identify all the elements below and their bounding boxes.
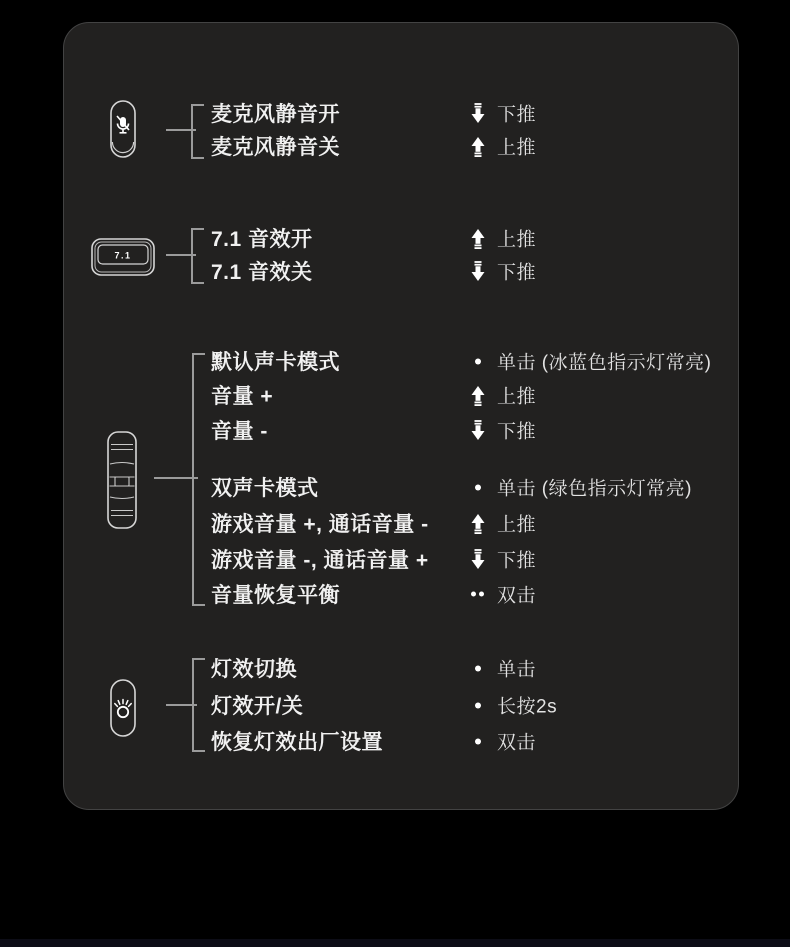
instruction-row: 7.1 音效关 下推 — [64, 256, 738, 286]
push-up-arrow-icon — [469, 512, 486, 534]
action: 上推 — [469, 382, 536, 409]
function-label: 音量 - — [211, 415, 268, 445]
action: 单击 (冰蓝色指示灯常亮) — [469, 348, 711, 375]
single-click-dot-icon — [469, 665, 486, 671]
action-text: 上推 — [497, 382, 536, 409]
instruction-row: 默认声卡模式 单击 (冰蓝色指示灯常亮) — [64, 346, 738, 376]
action-text: 单击 — [497, 655, 536, 682]
single-click-dot-icon — [469, 738, 486, 744]
double-click-dots-icon — [469, 592, 486, 597]
bottom-strip — [0, 939, 790, 947]
instruction-row: 灯效开/关 长按2s — [64, 690, 738, 720]
action: 下推 — [469, 258, 536, 285]
function-label: 游戏音量 +, 通话音量 - — [211, 508, 429, 538]
action-text: 双击 — [497, 581, 536, 608]
single-click-dot-icon — [469, 484, 486, 490]
action: 单击 (绿色指示灯常亮) — [469, 474, 692, 501]
action: 下推 — [469, 100, 536, 127]
instruction-row: 音量 + 上推 — [64, 380, 738, 410]
push-up-arrow-icon — [469, 135, 486, 157]
instruction-row: 7.1 音效开 上推 — [64, 223, 738, 253]
function-label: 音量恢复平衡 — [211, 579, 340, 609]
function-label: 双声卡模式 — [211, 472, 319, 502]
instruction-row: 恢复灯效出厂设置 双击 — [64, 726, 738, 756]
action: 上推 — [469, 225, 536, 252]
instruction-panel: 麦克风静音开 下推 麦克风静音关 上推 7.1 — [63, 22, 739, 810]
action: 长按2s — [469, 692, 557, 719]
function-label: 7.1 音效关 — [211, 256, 313, 286]
action-text: 上推 — [497, 225, 536, 252]
function-label: 灯效切换 — [211, 653, 297, 683]
function-label: 麦克风静音开 — [211, 98, 340, 128]
push-down-arrow-icon — [469, 260, 486, 282]
push-up-arrow-icon — [469, 384, 486, 406]
push-up-arrow-icon — [469, 227, 486, 249]
action: 双击 — [469, 581, 536, 608]
action-text: 下推 — [497, 417, 536, 444]
action: 双击 — [469, 728, 536, 755]
instruction-row: 双声卡模式 单击 (绿色指示灯常亮) — [64, 472, 738, 502]
action-text: 上推 — [497, 510, 536, 537]
action: 单击 — [469, 655, 536, 682]
instruction-row: 灯效切换 单击 — [64, 653, 738, 683]
action-text: 双击 — [497, 728, 536, 755]
push-down-arrow-icon — [469, 548, 486, 570]
single-click-dot-icon — [469, 702, 486, 708]
action-text: 单击 (绿色指示灯常亮) — [497, 474, 692, 501]
action-text: 长按2s — [497, 692, 557, 719]
function-label: 恢复灯效出厂设置 — [211, 726, 383, 756]
action-text: 下推 — [497, 546, 536, 573]
function-label: 灯效开/关 — [211, 690, 303, 720]
action-text: 单击 (冰蓝色指示灯常亮) — [497, 348, 711, 375]
instruction-row: 游戏音量 -, 通话音量 + 下推 — [64, 544, 738, 574]
instruction-row: 麦克风静音关 上推 — [64, 131, 738, 161]
instruction-row: 音量恢复平衡 双击 — [64, 579, 738, 609]
instruction-row: 游戏音量 +, 通话音量 - 上推 — [64, 508, 738, 538]
single-click-dot-icon — [469, 358, 486, 364]
function-label: 音量 + — [211, 380, 273, 410]
function-label: 麦克风静音关 — [211, 131, 340, 161]
function-label: 默认声卡模式 — [211, 346, 340, 376]
instruction-row: 音量 - 下推 — [64, 415, 738, 445]
function-label: 7.1 音效开 — [211, 223, 313, 253]
action: 下推 — [469, 417, 536, 444]
action: 下推 — [469, 546, 536, 573]
push-down-arrow-icon — [469, 102, 486, 124]
action-text: 下推 — [497, 258, 536, 285]
instruction-row: 麦克风静音开 下推 — [64, 98, 738, 128]
function-label: 游戏音量 -, 通话音量 + — [211, 544, 429, 574]
action-text: 上推 — [497, 133, 536, 160]
action: 上推 — [469, 133, 536, 160]
action-text: 下推 — [497, 100, 536, 127]
push-down-arrow-icon — [469, 419, 486, 441]
action: 上推 — [469, 510, 536, 537]
manual-page: 麦克风静音开 下推 麦克风静音关 上推 7.1 — [0, 0, 790, 947]
